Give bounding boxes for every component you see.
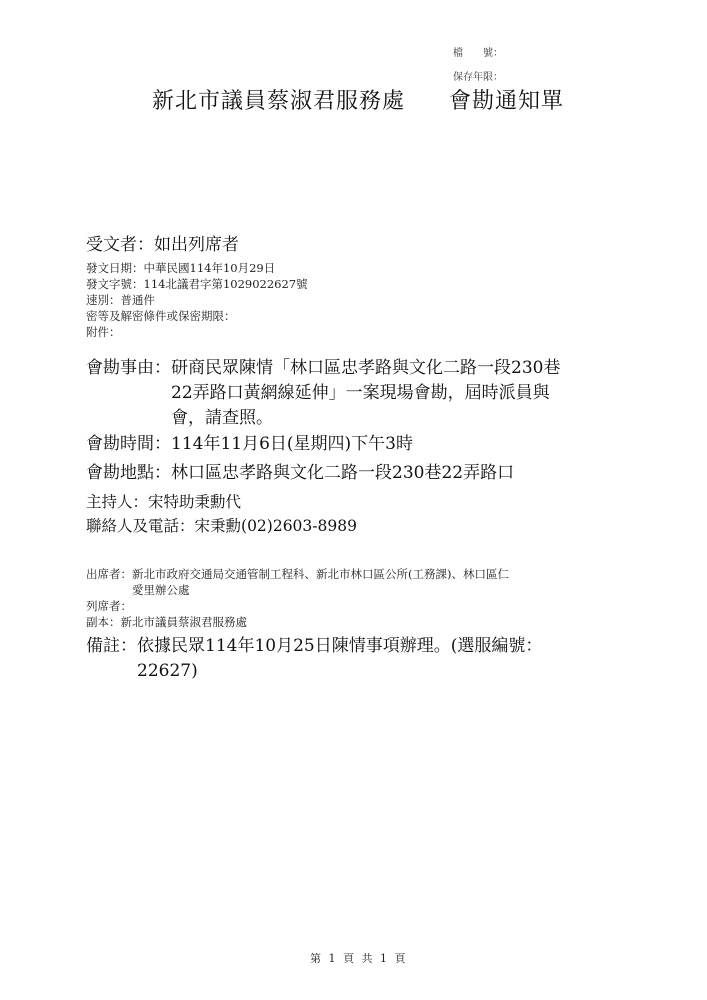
attachment-line: 附件： <box>86 324 308 340</box>
copy-label: 副本： <box>86 615 121 629</box>
time-label: 會勘時間： <box>86 434 171 454</box>
inspection-place: 會勘地點：林口區忠孝路與文化二路一段230巷22弄路口 <box>86 461 514 486</box>
subject-label: 會勘事由： <box>86 356 171 431</box>
document-title: 新北市議員蔡淑君服務處 會勘通知單 <box>152 84 564 115</box>
secrecy-label: 密等及解密條件或保密期限： <box>86 309 236 323</box>
issue-number-value: 114北議君字第1029022627號 <box>144 277 308 291</box>
inspection-time: 會勘時間：114年11月6日(星期四)下午3時 <box>86 432 413 457</box>
secrecy-line: 密等及解密條件或保密期限： <box>86 308 308 324</box>
issue-info: 發文日期：中華民國114年10月29日 發文字號：114北議君字第1029022… <box>86 260 308 340</box>
page-number: 第 1 頁 共 1 頁 <box>310 950 407 966</box>
remark-label: 備註： <box>86 634 137 684</box>
issue-date-value: 中華民國114年10月29日 <box>144 261 276 275</box>
present-line-2: 愛里辦公處 <box>132 582 509 598</box>
host-line: 主持人：宋特助秉勳代 <box>86 492 241 513</box>
speed-label: 速別： <box>86 293 121 307</box>
speed-value: 普通件 <box>121 293 156 307</box>
issue-date-line: 發文日期：中華民國114年10月29日 <box>86 260 308 276</box>
contact-line: 聯絡人及電話：宋秉勳(02)2603-8989 <box>86 516 357 537</box>
host-label: 主持人： <box>86 493 148 511</box>
contact-value: 宋秉勳(02)2603-8989 <box>195 517 357 535</box>
observers-line: 列席者： <box>86 598 509 614</box>
attendees: 出席者： 新北市政府交通局交通管制工程科、新北市林口區公所(工務課)、林口區仁 … <box>86 566 509 630</box>
time-value: 114年11月6日(星期四)下午3時 <box>171 434 413 454</box>
remark-line-2: 22627) <box>137 659 542 684</box>
issue-number-label: 發文字號： <box>86 277 144 291</box>
contact-label: 聯絡人及電話： <box>86 517 195 535</box>
remark: 備註： 依據民眾114年10月25日陳情事項辦理。(選服編號： 22627) <box>86 634 542 684</box>
file-number-label: 檔 號： <box>453 44 503 59</box>
recipient-value: 如出列席者 <box>154 235 239 255</box>
copy-line: 副本：新北市議員蔡淑君服務處 <box>86 614 509 630</box>
inspection-subject: 會勘事由： 研商民眾陳情「林口區忠孝路與文化二路一段230巷 22弄路口黃網線延… <box>86 356 560 431</box>
present-label: 出席者： <box>86 566 132 598</box>
observers-label: 列席者： <box>86 599 132 613</box>
subject-line-2: 22弄路口黃網線延伸」一案現場會勘，屆時派員與 <box>171 381 560 406</box>
recipient-line: 受文者：如出列席者 <box>86 230 239 255</box>
recipient-label: 受文者： <box>86 235 154 255</box>
host-value: 宋特助秉勳代 <box>148 493 241 511</box>
document-type: 會勘通知單 <box>449 89 564 114</box>
present-line-1: 新北市政府交通局交通管制工程科、新北市林口區公所(工務課)、林口區仁 <box>132 566 509 582</box>
issue-date-label: 發文日期： <box>86 261 144 275</box>
attachment-label: 附件： <box>86 325 121 339</box>
place-label: 會勘地點： <box>86 463 171 483</box>
copy-value: 新北市議員蔡淑君服務處 <box>121 615 248 629</box>
remark-line-1: 依據民眾114年10月25日陳情事項辦理。(選服編號： <box>137 634 542 659</box>
subject-line-1: 研商民眾陳情「林口區忠孝路與文化二路一段230巷 <box>171 356 560 381</box>
office-name: 新北市議員蔡淑君服務處 <box>152 89 405 114</box>
retention-period-label: 保存年限： <box>453 68 503 83</box>
speed-line: 速別：普通件 <box>86 292 308 308</box>
subject-line-3: 會，請查照。 <box>171 406 560 431</box>
issue-number-line: 發文字號：114北議君字第1029022627號 <box>86 276 308 292</box>
place-value: 林口區忠孝路與文化二路一段230巷22弄路口 <box>171 463 514 483</box>
